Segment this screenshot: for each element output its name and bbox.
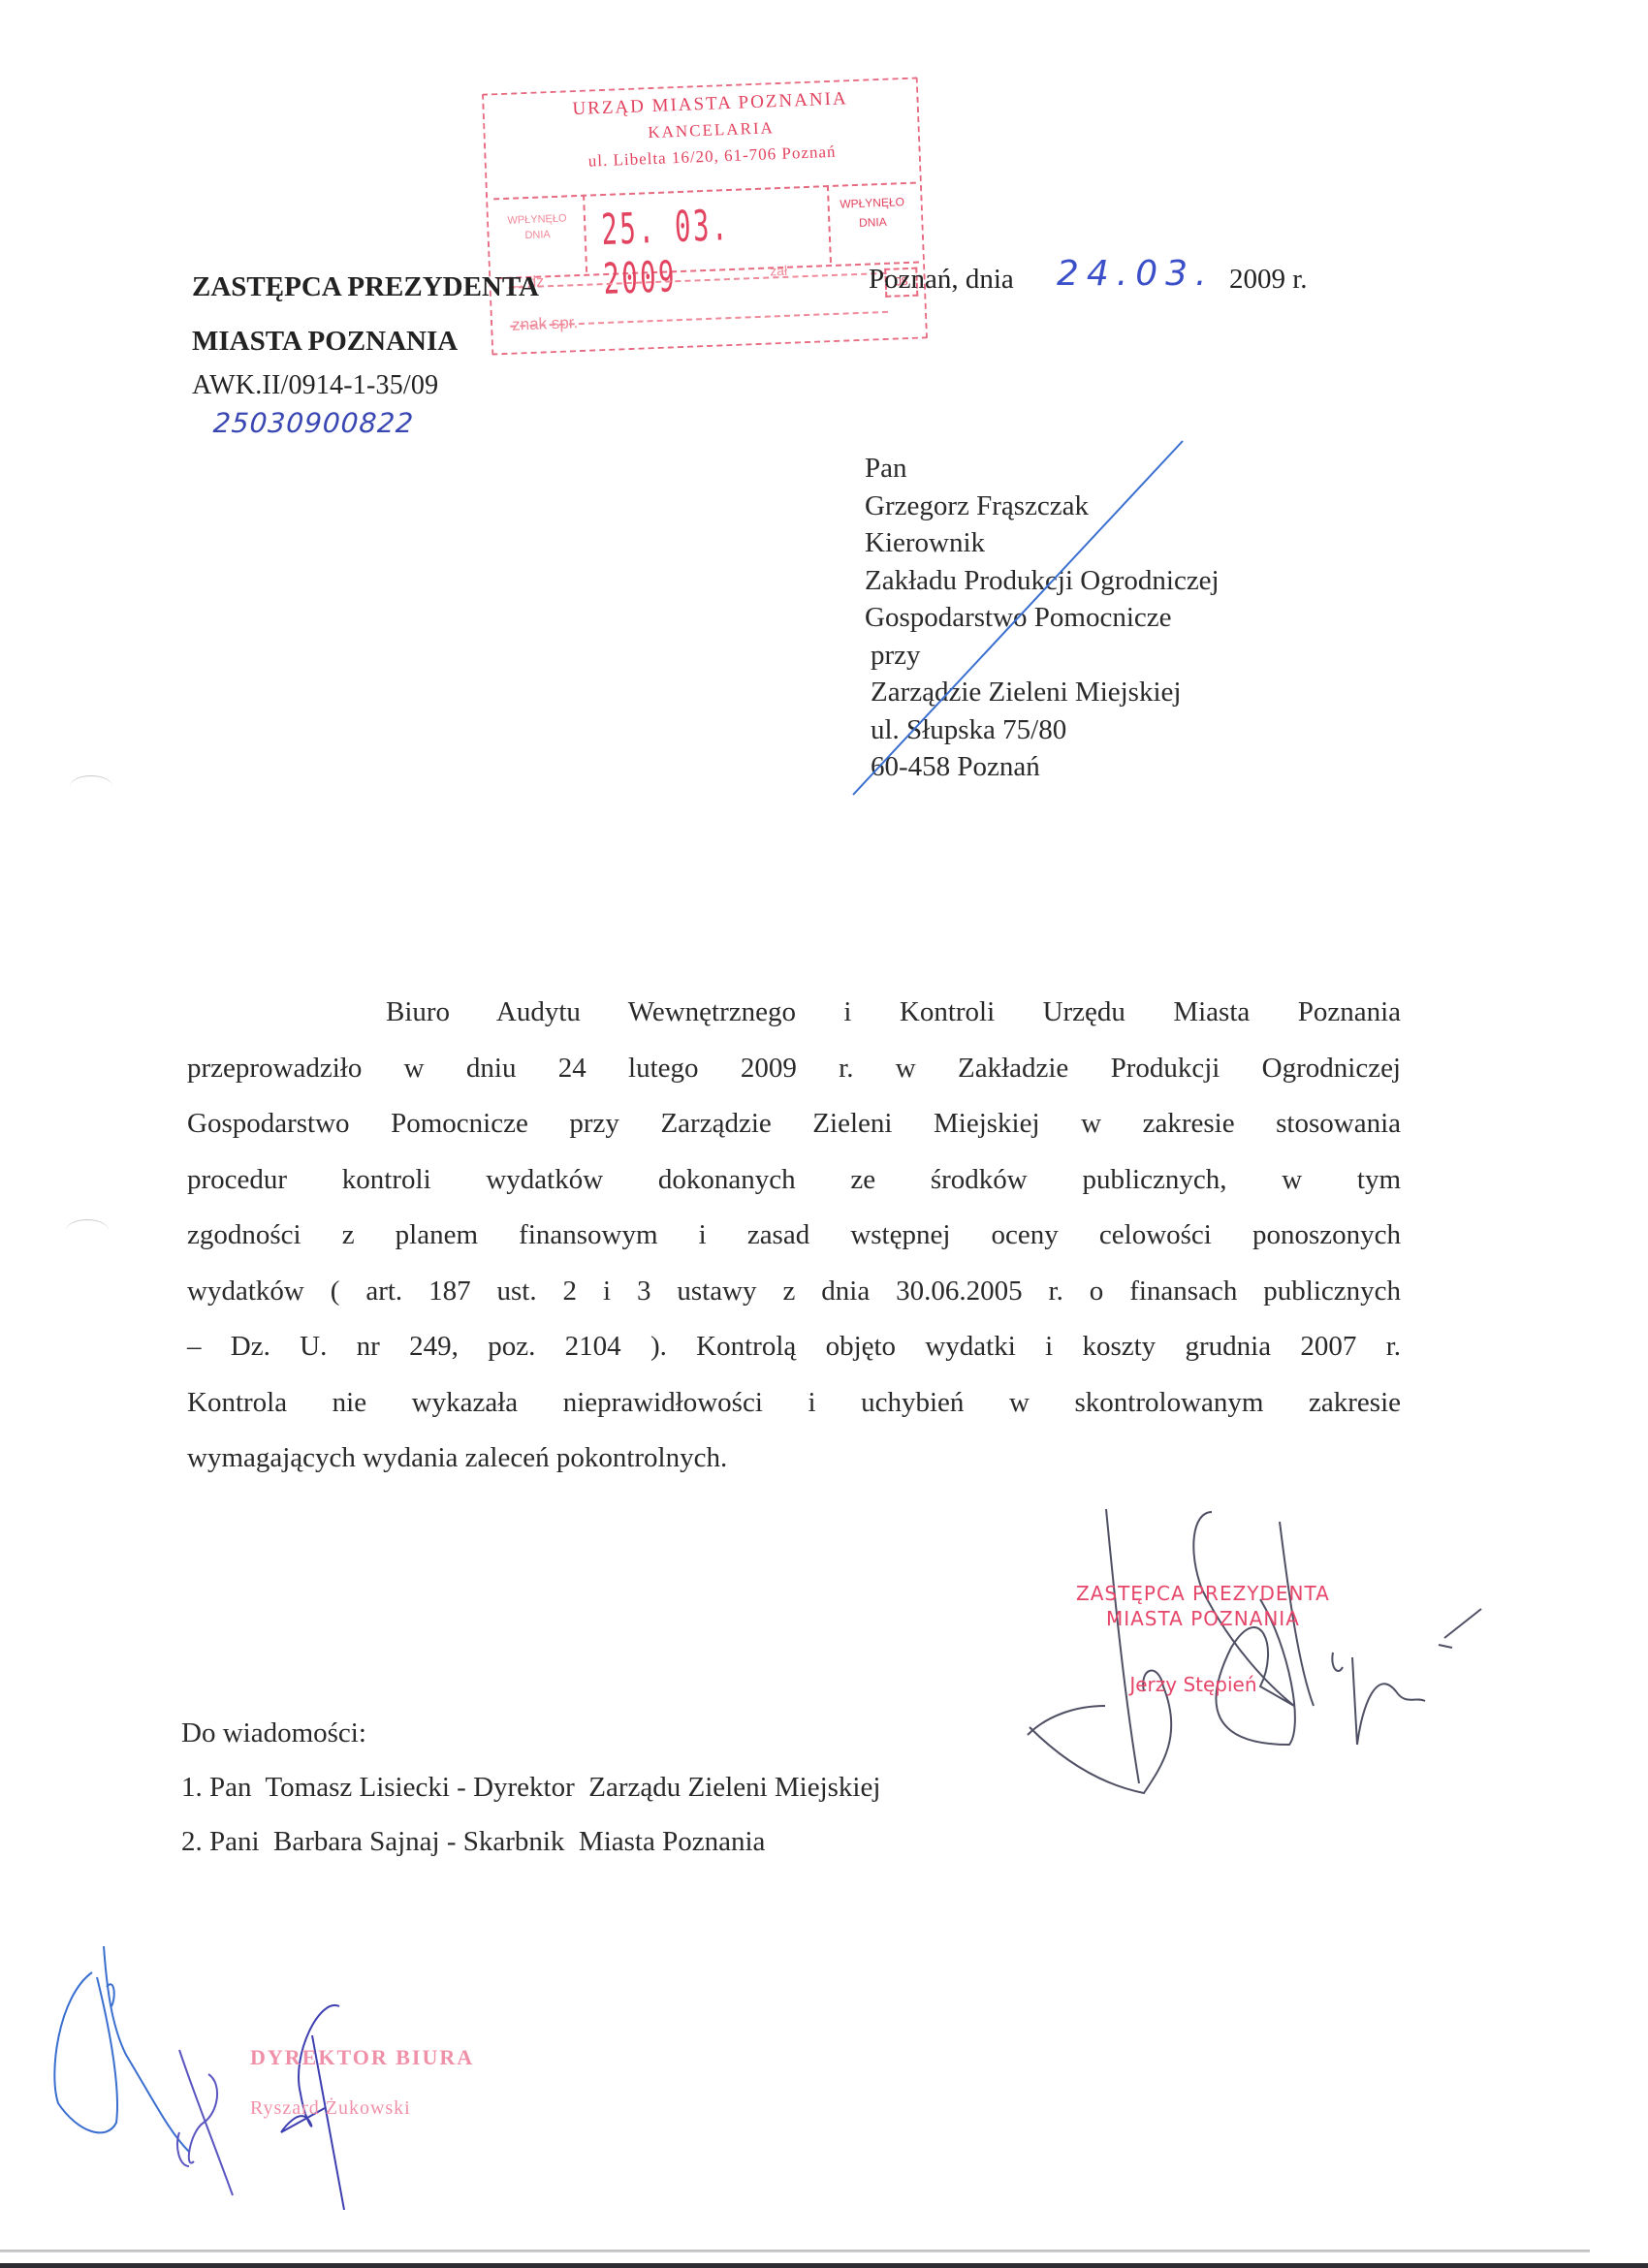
initials-signature-stroke [177, 2050, 233, 2195]
punch-hole-mark [70, 775, 112, 798]
distribution-list: Do wiadomości: 1. Pan Tomasz Lisiecki - … [181, 1706, 880, 1869]
addressee-line: 60-458 Poznań [865, 748, 1220, 786]
body-line: przeprowadziło w dniu 24 lutego 2009 r. … [187, 1041, 1401, 1097]
addressee-line: przy [865, 637, 1220, 675]
addressee-line: Zakładu Produkcji Ogrodniczej [865, 562, 1220, 600]
scanner-border [0, 2263, 1648, 2268]
issuer-block: ZASTĘPCA PREZYDENTA MIASTA POZNANIA [192, 260, 539, 368]
letter-body: Biuro Audytu Wewnętrznego i Kontroli Urz… [187, 985, 1401, 1487]
handwritten-date: 24.03. [1057, 254, 1215, 294]
year-label: 2009 r. [1229, 264, 1308, 296]
distribution-heading: Do wiadomości: [181, 1706, 880, 1760]
body-line: zgodności z planem finansowym i zasad ws… [187, 1208, 1401, 1264]
addressee-line: Grzegorz Frąszczak [865, 488, 1220, 525]
body-line: wydatków ( art. 187 ust. 2 i 3 ustawy z … [187, 1264, 1401, 1320]
addressee-line: Gospodarstwo Pomocnicze [865, 599, 1220, 637]
body-line: Gospodarstwo Pomocnicze przy Zarządzie Z… [187, 1096, 1401, 1152]
page-bottom-edge [0, 2250, 1590, 2252]
stamp-received-date: 25. 03. 2009 [601, 198, 805, 304]
addressee-block: Pan Grzegorz Frąszczak Kierownik Zakładu… [865, 450, 1220, 786]
handwritten-registry-number: 25030900822 [212, 407, 415, 439]
initials-signature-stroke [54, 1946, 189, 2152]
punch-hole-mark [66, 1219, 109, 1242]
distribution-item: 1. Pan Tomasz Lisiecki - Dyrektor Zarząd… [181, 1760, 880, 1814]
addressee-line: Pan [865, 450, 1220, 488]
distribution-item: 2. Pani Barbara Sajnaj - Skarbnik Miasta… [181, 1814, 880, 1869]
reference-number: AWK.II/0914-1-35/09 [192, 370, 438, 401]
addressee-line: Zarządzie Zieleni Miejskiej [865, 674, 1220, 711]
signature-stamp-name: Jerzy Stępień [1057, 1673, 1330, 1696]
body-line: Kontrola nie wykazała nieprawidłowości i… [187, 1375, 1401, 1432]
stamp-label-left: WPŁYNĘŁO DNIA [494, 210, 581, 244]
signature-stamp-city: MIASTA POZNANIA [1076, 1607, 1330, 1630]
stamp-header: URZĄD MIASTA POZNANIA KANCELARIA ul. Lib… [550, 84, 872, 175]
issuer-city: MIASTA POZNANIA [192, 314, 539, 368]
signature-stroke [1332, 1609, 1481, 1745]
director-stamp-title: DYREKTOR BIURA [250, 2045, 474, 2070]
body-line: – Dz. U. nr 249, poz. 2104 ). Kontrolą o… [187, 1319, 1401, 1375]
place-label: Poznań, dnia [869, 264, 1014, 296]
director-stamp: DYREKTOR BIURA Ryszard Żukowski [250, 2045, 474, 2120]
reception-stamp: URZĄD MIASTA POZNANIA KANCELARIA ul. Lib… [482, 77, 928, 355]
addressee-line: Kierownik [865, 524, 1220, 562]
signature-stamp: ZASTĘPCA PREZYDENTA MIASTA POZNANIA Jerz… [1076, 1582, 1330, 1696]
body-line: procedur kontroli wydatków dokonanych ze… [187, 1152, 1401, 1209]
stamp-label-right: WPŁYNĘŁO DNIA [831, 192, 913, 234]
issuer-title: ZASTĘPCA PREZYDENTA [192, 260, 539, 314]
signature-stamp-title: ZASTĘPCA PREZYDENTA [1076, 1582, 1330, 1605]
addressee-line: ul. Słupska 75/80 [865, 711, 1220, 749]
director-stamp-name: Ryszard Żukowski [250, 2097, 474, 2120]
body-line: Biuro Audytu Wewnętrznego i Kontroli Urz… [187, 985, 1401, 1041]
body-line: wymagających wydania zaleceń pokontrolny… [187, 1431, 1401, 1487]
